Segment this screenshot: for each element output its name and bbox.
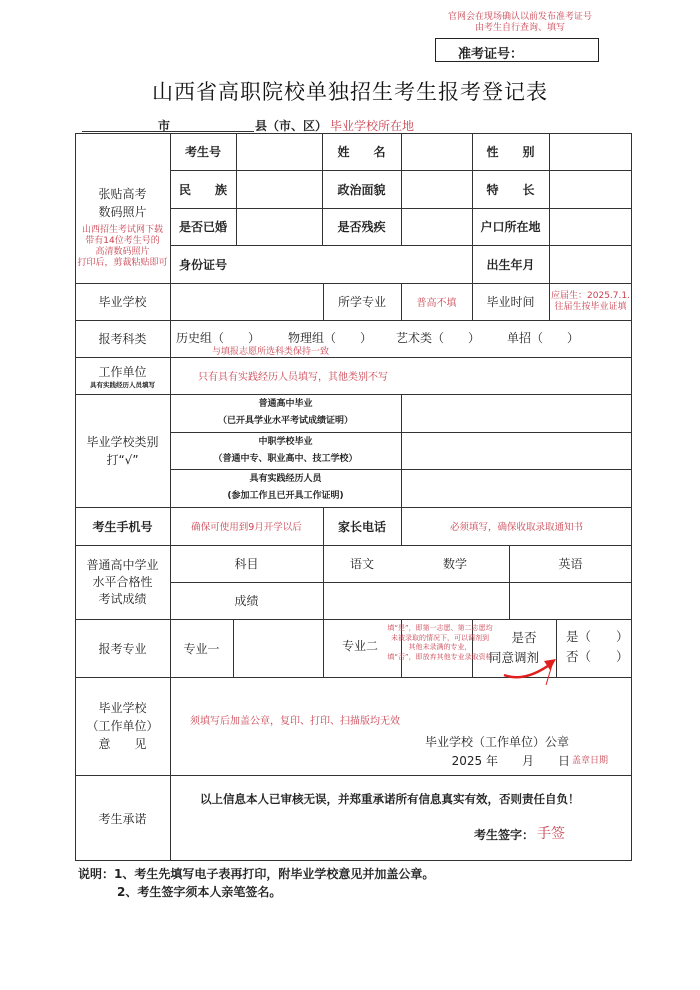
- admission-ticket-field[interactable]: 准考证号：: [435, 38, 599, 62]
- adjust-yes-option[interactable]: 是（ ）: [566, 627, 629, 645]
- note-1: 说明：1、考生先填写电子表再打印，附毕业学校意见并加盖公章。: [78, 865, 434, 882]
- sign-label: 考生签字：: [474, 826, 534, 843]
- school-type-check-high-school[interactable]: [401, 394, 632, 432]
- score-math-field[interactable]: [401, 582, 509, 619]
- admission-ticket-label: 准考证号：: [458, 43, 523, 62]
- phone-label: 考生手机号: [75, 507, 170, 545]
- admission-ticket-note: 官网会在现场确认以前发布准考证号 由考生自行查询、填写: [420, 12, 620, 34]
- major1-label: 专业一: [170, 619, 233, 677]
- score-chinese-field[interactable]: [323, 582, 401, 619]
- photo-label-2: 数码照片: [98, 203, 146, 221]
- scores-score-header: 成绩: [170, 582, 323, 619]
- birth-field[interactable]: [549, 245, 632, 283]
- subject-category-hint: 与填报志愿所选科类保持一致: [212, 344, 329, 357]
- seal-label: 毕业学校（工作单位）公章: [425, 733, 569, 750]
- id-no-field[interactable]: [236, 245, 472, 283]
- option-arts[interactable]: 艺术类（ ）: [396, 329, 480, 346]
- phone-field[interactable]: 确保可使用到9月开学以后: [170, 507, 323, 545]
- parent-phone-label: 家长电话: [323, 507, 401, 545]
- page-title: 山西省高职院校单独招生考生报考登记表: [0, 76, 700, 106]
- gender-label: 性 别: [472, 133, 549, 170]
- hukou-label: 户口所在地: [472, 208, 549, 245]
- married-field[interactable]: [236, 208, 322, 245]
- major-studied-field[interactable]: 普高不填: [401, 283, 472, 320]
- birth-label: 出生年月: [472, 245, 549, 283]
- subject-math: 数学: [401, 545, 509, 582]
- pledge-text: 以上信息本人已审核无误，并郑重承诺所有信息真实有效，否则责任自负！: [200, 791, 580, 807]
- school-type-check-work-experience[interactable]: [401, 469, 632, 507]
- exam-no-label: 考生号: [170, 133, 236, 170]
- political-field[interactable]: [401, 170, 472, 208]
- major-label: 报考专业: [75, 619, 170, 677]
- subject-chinese: 语文: [323, 545, 401, 582]
- seal-date-hint: 盖章日期: [572, 753, 608, 766]
- subject-english: 英语: [509, 545, 632, 582]
- specialty-field[interactable]: [549, 170, 632, 208]
- seal-date: 2025 年 月 日: [420, 752, 570, 769]
- school-field[interactable]: [170, 283, 323, 320]
- grad-time-field[interactable]: 应届生：2025.7.1. 往届生按毕业证填: [549, 283, 632, 320]
- photo-slot[interactable]: 张贴高考 数码照片 山西招生考试网下载 带有14位考生号的 高清数码照片 打印后…: [75, 133, 170, 283]
- subject-category-label: 报考科类: [75, 320, 170, 357]
- school-type-check-vocational[interactable]: [401, 432, 632, 469]
- ethnicity-field[interactable]: [236, 170, 322, 208]
- disabled-field[interactable]: [401, 208, 472, 245]
- school-type-option-work-experience: 具有实践经历人员 (参加工作且已开具工作证明): [170, 469, 401, 507]
- work-unit-label: 工作单位 具有实践经历人员填写: [75, 357, 170, 394]
- location-hint: 毕业学校所在地: [330, 117, 414, 134]
- scores-label: 普通高中学业 水平合格性 考试成绩: [75, 545, 170, 619]
- grad-time-label: 毕业时间: [472, 283, 549, 320]
- school-label: 毕业学校: [75, 283, 170, 320]
- score-english-field[interactable]: [509, 582, 632, 619]
- city-suffix: 市: [158, 117, 170, 134]
- pledge-label: 考生承诺: [75, 775, 170, 861]
- married-label: 是否已婚: [170, 208, 236, 245]
- specialty-label: 特 长: [472, 170, 549, 208]
- exam-no-field[interactable]: [236, 133, 322, 170]
- parent-phone-field[interactable]: 必须填写，确保收取录取通知书: [401, 507, 632, 545]
- adjust-no-option[interactable]: 否（ ）: [566, 647, 629, 665]
- county-input-line[interactable]: [178, 131, 254, 132]
- disabled-label: 是否残疾: [322, 208, 401, 245]
- school-type-label: 毕业学校类别 打“√”: [75, 394, 170, 507]
- opinion-label: 毕业学校 （工作单位） 意 见: [75, 677, 170, 775]
- note-line-2: 由考生自行查询、填写: [420, 23, 620, 34]
- county-suffix: 县（市、区）: [255, 117, 327, 134]
- major-studied-label: 所学专业: [323, 283, 401, 320]
- sign-field[interactable]: 手签: [537, 823, 565, 843]
- school-type-option-high-school: 普通高中毕业 （已开具学业水平考试成绩证明）: [170, 394, 401, 432]
- political-label: 政治面貌: [322, 170, 401, 208]
- opinion-hint: 须填写后加盖公章，复印、打印、扫描版均无效: [190, 712, 400, 727]
- note-2: 2、考生签字须本人亲笔签名。: [117, 883, 281, 900]
- name-field[interactable]: [401, 133, 472, 170]
- hukou-field[interactable]: [549, 208, 632, 245]
- photo-hint: 山西招生考试网下载 带有14位考生号的 高清数码照片 打印后，剪裁粘贴即可: [77, 225, 167, 269]
- work-unit-field[interactable]: 只有具有实践经历人员填写，其他类别不写: [170, 357, 632, 394]
- option-single-admission[interactable]: 单招（ ）: [507, 329, 579, 346]
- note-line-1: 官网会在现场确认以前发布准考证号: [420, 12, 620, 23]
- name-label: 姓 名: [322, 133, 401, 170]
- school-type-option-vocational: 中职学校毕业 （普通中专、职业高中、技工学校）: [170, 432, 401, 469]
- id-no-label: 身份证号: [170, 245, 236, 283]
- photo-label-1: 张贴高考: [98, 185, 146, 203]
- ethnicity-label: 民 族: [170, 170, 236, 208]
- major1-field[interactable]: [233, 619, 323, 677]
- gender-field[interactable]: [549, 133, 632, 170]
- scores-subject-header: 科目: [170, 545, 323, 582]
